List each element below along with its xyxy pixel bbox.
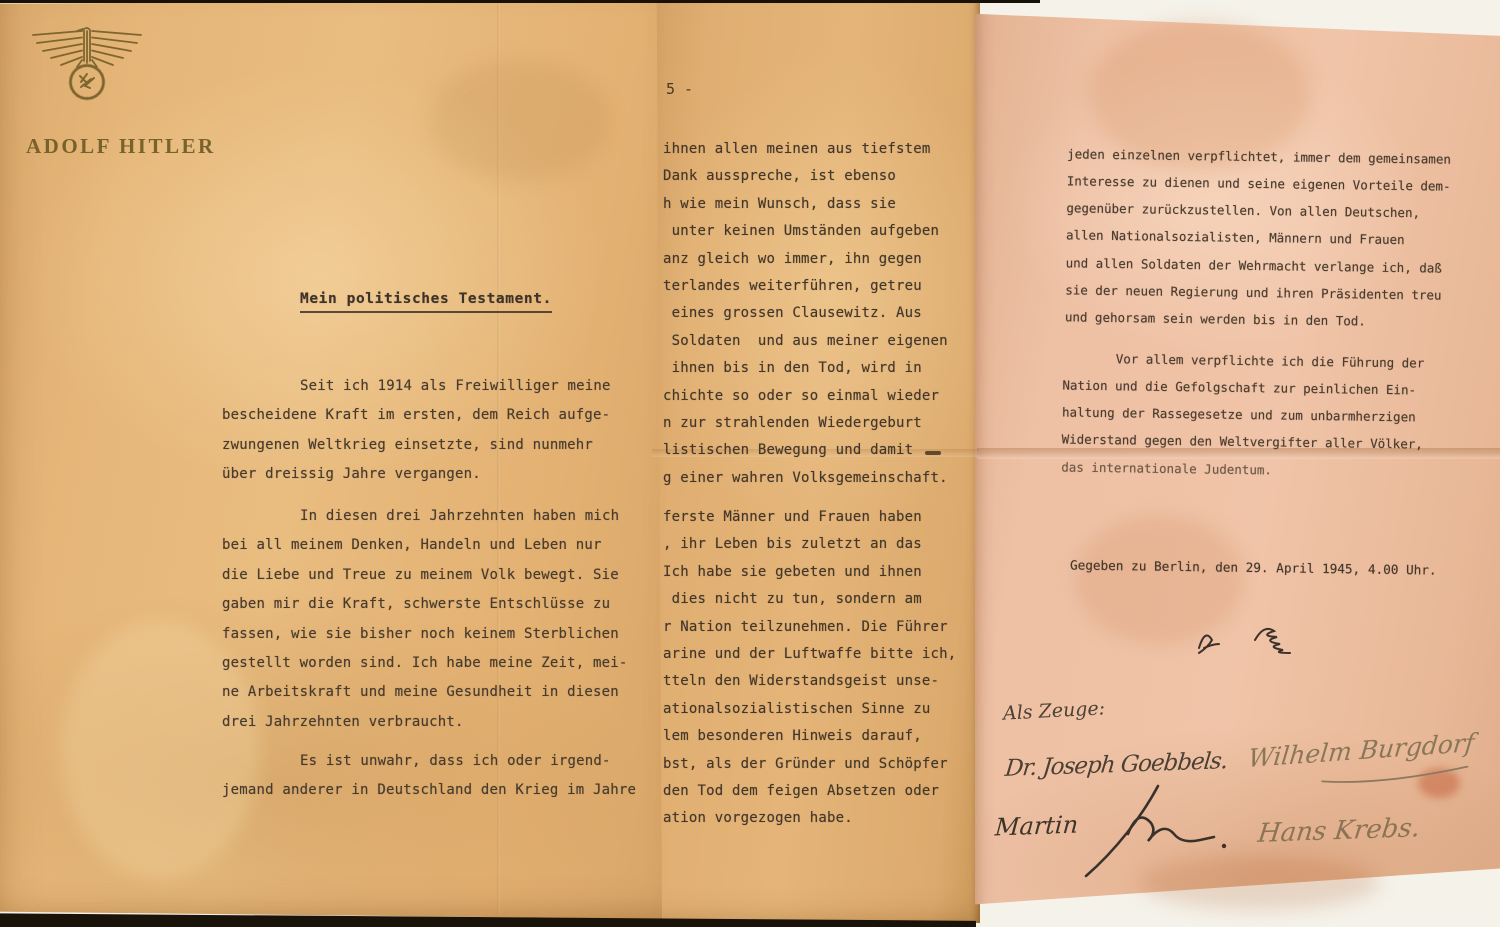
text-line: das internationale Judentum. xyxy=(1061,453,1423,485)
text-line: eines grossen Clausewitz. Aus xyxy=(663,300,948,327)
text-line: n zur strahlenden Wiedergeburt xyxy=(663,410,948,437)
left-paragraph-2: In diesen drei Jahrzehnten haben mich be… xyxy=(222,502,628,737)
text-line: ne Arbeitskraft und meine Gesundheit in … xyxy=(222,678,628,707)
principal-signature-scrawl xyxy=(1185,612,1325,672)
text-line: zwungenen Weltkrieg einsetzte, sind nunm… xyxy=(222,431,611,460)
text-line: Ich habe sie gebeten und ihnen xyxy=(663,559,956,586)
text-line: dies nicht zu tun, sondern am xyxy=(663,586,956,613)
text-line: gestellt worden sind. Ich habe meine Zei… xyxy=(222,649,628,678)
text-line: unter keinen Umständen aufgeben xyxy=(663,218,948,245)
middle-block-1: ihnen allen meinen aus tiefstem Dank aus… xyxy=(663,136,948,492)
text-line: anz gleich wo immer, ihn gegen xyxy=(663,246,948,273)
text-line: ihnen allen meinen aus tiefstem xyxy=(663,136,948,163)
text-line: tteln den Widerstandsgeist unse- xyxy=(663,668,956,695)
text-line: ihnen bis in den Tod, wird in xyxy=(663,355,948,382)
middle-block-2: ferste Männer und Frauen haben , ihr Leb… xyxy=(663,504,956,833)
left-paragraph-3: Es ist unwahr, dass ich oder irgend- jem… xyxy=(222,747,636,806)
text-line: listischen Bewegung und damit xyxy=(663,437,948,464)
text-line: über dreissig Jahre vergangen. xyxy=(222,460,611,489)
text-line: bst, als der Gründer und Schöpfer xyxy=(663,751,956,778)
text-line: , ihr Leben bis zuletzt an das xyxy=(663,531,956,558)
right-paragraph-1: jeden einzelnen verpflichtet, immer dem … xyxy=(1065,140,1451,335)
text-line: Dank ausspreche, ist ebenso xyxy=(663,163,948,190)
letterhead-name: ADOLF HITLER xyxy=(26,134,216,159)
text-line: bei all meinem Denken, Handeln und Leben… xyxy=(222,531,628,560)
text-line: lem besonderen Hinweis darauf, xyxy=(663,723,956,750)
document-scan: ADOLF HITLER Mein politisches Testament.… xyxy=(0,0,1500,927)
text-line: die Liebe und Treue zu meinem Volk beweg… xyxy=(222,561,628,590)
text-line: und gehorsam sein werden bis in den Tod. xyxy=(1065,303,1449,335)
text-line: g einer wahren Volksgemeinschaft. xyxy=(663,465,948,492)
page-number: 5 - xyxy=(666,80,693,98)
text-line: r Nation teilzunehmen. Die Führer xyxy=(663,614,956,641)
text-line: h wie mein Wunsch, dass sie xyxy=(663,191,948,218)
text-line: ationalsozialistischen Sinne zu xyxy=(663,696,956,723)
signature-krebs: Hans Krebs. xyxy=(1256,813,1422,849)
signature-bormann-flourish xyxy=(1072,772,1272,882)
document-title: Mein politisches Testament. xyxy=(300,291,552,313)
text-line: Es ist unwahr, dass ich oder irgend- xyxy=(222,747,636,776)
right-paragraph-2: Vor allem verpflichte ich die Führung de… xyxy=(1061,344,1424,485)
text-line: chichte so oder so einmal wieder xyxy=(663,383,948,410)
eagle-emblem-icon xyxy=(28,24,146,104)
paper-stain xyxy=(430,60,610,180)
text-line: fassen, wie sie bisher noch keinem Sterb… xyxy=(222,620,628,649)
text-line: ation vorgezogen habe. xyxy=(663,805,956,832)
scan-edge-top xyxy=(0,0,1040,3)
signature-martin: Martin xyxy=(994,811,1079,842)
text-line: terlandes weiterführen, getreu xyxy=(663,273,948,300)
text-line: jemand anderer in Deutschland den Krieg … xyxy=(222,776,636,805)
text-line: bescheidene Kraft im ersten, dem Reich a… xyxy=(222,401,611,430)
text-line: arine und der Luftwaffe bitte ich, xyxy=(663,641,956,668)
text-line: ferste Männer und Frauen haben xyxy=(663,504,956,531)
text-line: Soldaten und aus meiner eigenen xyxy=(663,328,948,355)
text-line: Seit ich 1914 als Freiwilliger meine xyxy=(222,372,611,401)
text-line: gaben mir die Kraft, schwerste Entschlüs… xyxy=(222,590,628,619)
text-line: drei Jahrzehnten verbraucht. xyxy=(222,708,628,737)
text-line: In diesen drei Jahrzehnten haben mich xyxy=(222,502,628,531)
left-paragraph-1: Seit ich 1914 als Freiwilliger meine bes… xyxy=(222,372,611,490)
text-line: den Tod dem feigen Absetzen oder xyxy=(663,778,956,805)
